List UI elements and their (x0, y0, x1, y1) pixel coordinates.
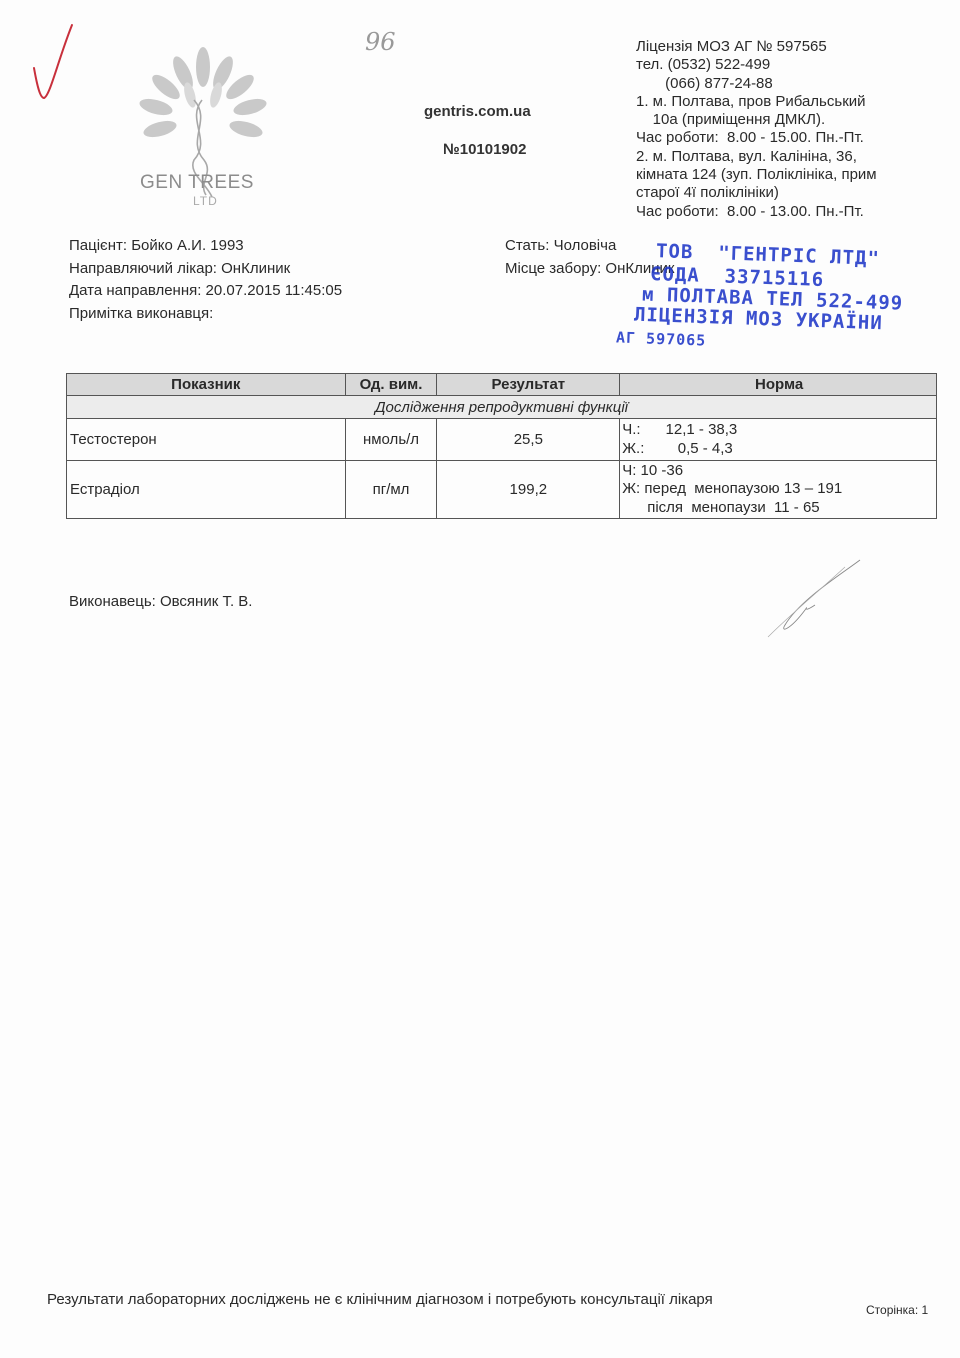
contact-line: Час роботи: 8.00 - 15.00. Пн.-Пт. (636, 129, 877, 147)
header-indicator: Показник (67, 374, 346, 396)
indicator-result: 25,5 (437, 419, 620, 461)
contact-line: Ліцензія МОЗ АГ № 597565 (636, 38, 877, 56)
contact-block: Ліцензія МОЗ АГ № 597565 тел. (0532) 522… (636, 38, 877, 221)
results-table: Показник Од. вим. Результат Норма Дослід… (66, 373, 937, 519)
contact-line: 2. м. Полтава, вул. Калініна, 36, (636, 148, 877, 166)
contact-line: тел. (0532) 522-499 (636, 56, 877, 74)
indicator-norm: Ч: 10 -36 Ж: перед менопаузою 13 – 191 п… (620, 461, 937, 519)
contact-line: (066) 877-24-88 (636, 75, 877, 93)
table-header-row: Показник Од. вим. Результат Норма (67, 374, 937, 396)
executor-note: Примітка виконавця: (69, 303, 342, 326)
norm-line: Ж.: 0,5 - 4,3 (622, 440, 936, 459)
signature-icon (760, 555, 870, 640)
page-number: Сторінка: 1 (866, 1303, 928, 1317)
lab-stamp: ТОВ "ГЕНТРІС ЛТД" ЄОДА 33715116 м ПОЛТАВ… (606, 244, 916, 354)
website: gentris.com.ua (424, 103, 531, 120)
disclaimer: Результати лабораторних досліджень не є … (47, 1291, 713, 1308)
patient-info: Пацієнт: Бойко А.И. 1993 Направляючий лі… (69, 235, 342, 325)
contact-line: кімната 124 (зуп. Поліклініка, прим (636, 166, 877, 184)
header-norm: Норма (620, 374, 937, 396)
table-row: Естрадіол пг/мл 199,2 Ч: 10 -36 Ж: перед… (67, 461, 937, 519)
executor: Виконавець: Овсяник Т. В. (69, 593, 252, 610)
contact-line: Час роботи: 8.00 - 13.00. Пн.-Пт. (636, 203, 877, 221)
indicator-result: 199,2 (437, 461, 620, 519)
referring-doctor: Направляючий лікар: ОнКлиник (69, 258, 342, 281)
document-number: №10101902 (443, 141, 526, 158)
stamp-line: АГ 597065 (616, 328, 707, 349)
section-row: Дослідження репродуктивні функції (67, 396, 937, 419)
norm-line: після менопаузи 11 - 65 (622, 499, 936, 518)
norm-line: Ч.: 12,1 - 38,3 (622, 421, 936, 440)
indicator-name: Естрадіол (67, 461, 346, 519)
indicator-name: Тестостерон (67, 419, 346, 461)
contact-line: 1. м. Полтава, пров Рибальський (636, 93, 877, 111)
section-title: Дослідження репродуктивні функції (67, 396, 937, 419)
contact-line: старої 4ї поліклініки) (636, 184, 877, 202)
patient-name: Пацієнт: Бойко А.И. 1993 (69, 235, 342, 258)
norm-line: Ж: перед менопаузою 13 – 191 (622, 480, 936, 499)
contact-line: 10а (приміщення ДМКЛ). (636, 111, 877, 129)
indicator-unit: пг/мл (345, 461, 437, 519)
indicator-unit: нмоль/л (345, 419, 437, 461)
referral-date: Дата направлення: 20.07.2015 11:45:05 (69, 280, 342, 303)
logo-subtitle: LTD (193, 194, 218, 208)
logo-name: GEN TREES (140, 172, 254, 194)
header-result: Результат (437, 374, 620, 396)
norm-line: Ч: 10 -36 (622, 462, 936, 481)
handwritten-number: 96 (365, 28, 396, 56)
table-row: Тестостерон нмоль/л 25,5 Ч.: 12,1 - 38,3… (67, 419, 937, 461)
indicator-norm: Ч.: 12,1 - 38,3 Ж.: 0,5 - 4,3 (620, 419, 937, 461)
header-unit: Од. вим. (345, 374, 437, 396)
checkmark-icon (28, 20, 78, 105)
